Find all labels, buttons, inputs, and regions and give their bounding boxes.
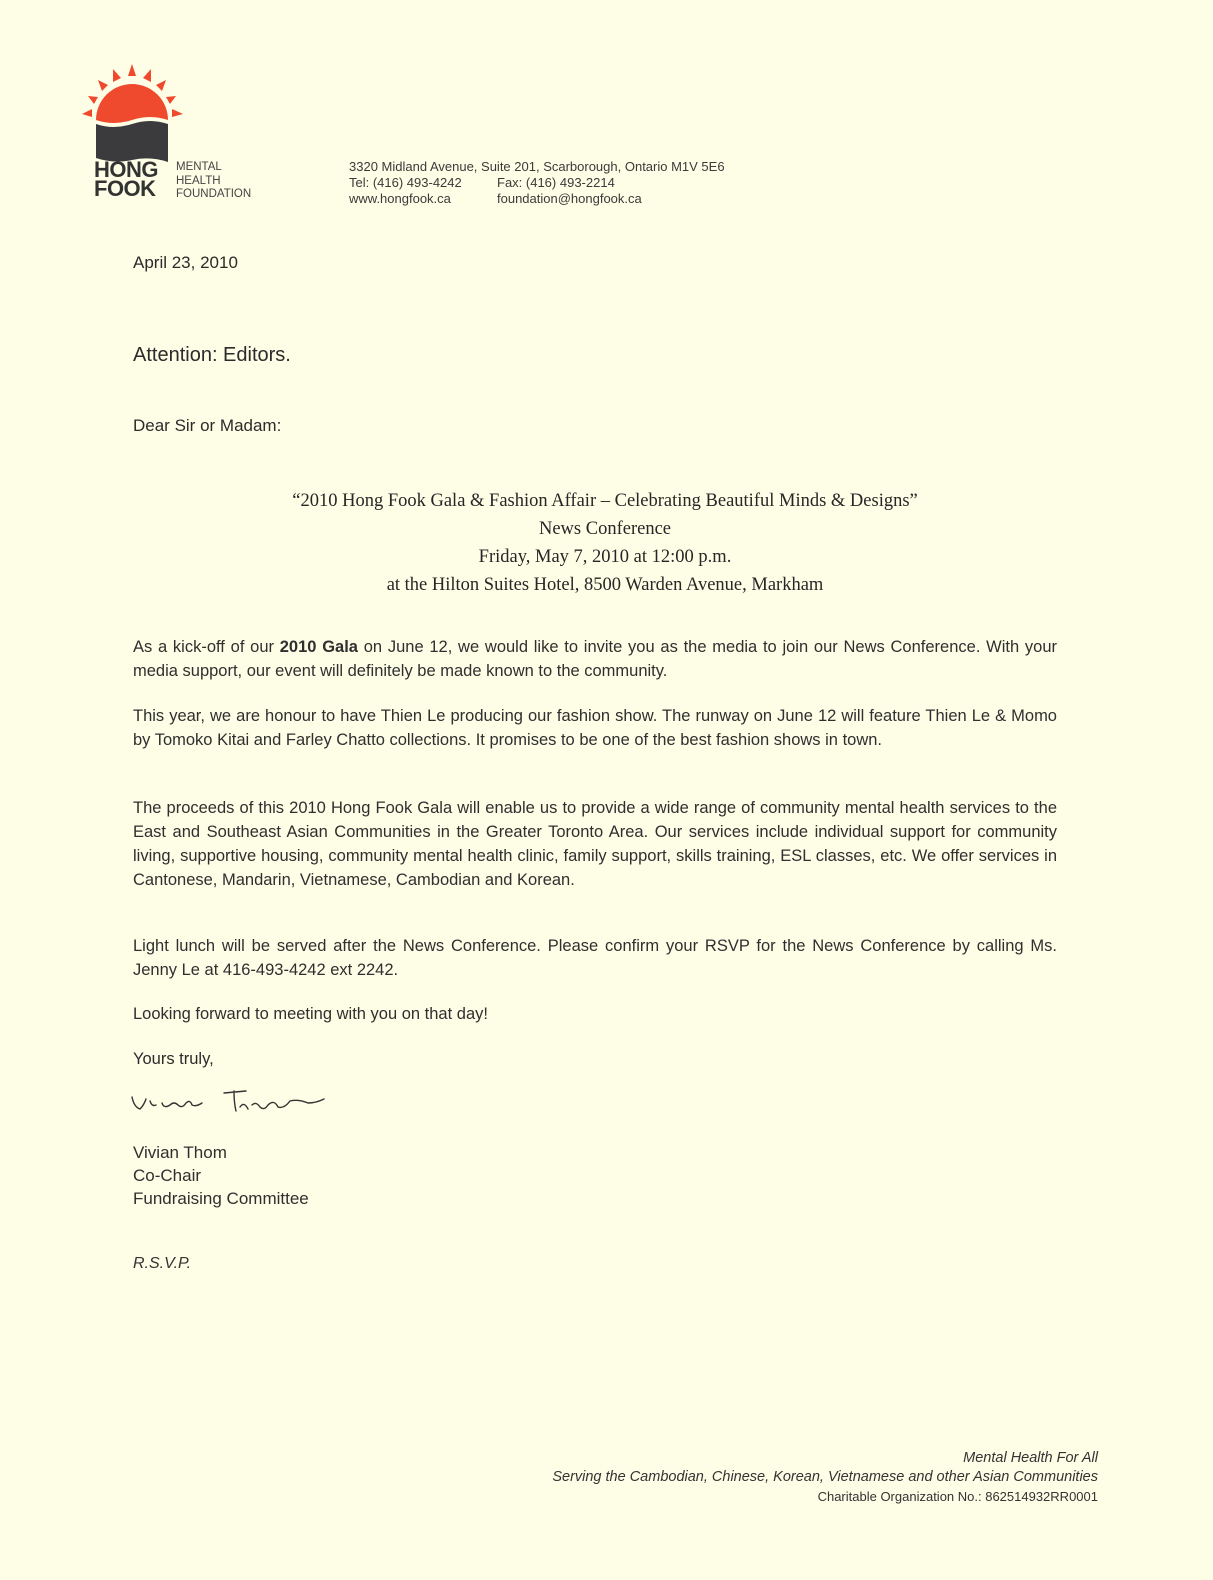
footer-serving: Serving the Cambodian, Chinese, Korean, … [552,1468,1098,1487]
event-venue: at the Hilton Suites Hotel, 8500 Warden … [130,571,1080,599]
event-datetime: Friday, May 7, 2010 at 12:00 p.m. [130,543,1080,571]
p1-text-bold: 2010 Gala [280,638,358,656]
paragraph-invitation: As a kick-off of our 2010 Gala on June 1… [133,635,1057,683]
salutation: Dear Sir or Madam: [133,416,281,436]
footer-charity-number: Charitable Organization No.: 862514932RR… [552,1487,1098,1506]
address: 3320 Midland Avenue, Suite 201, Scarboro… [349,159,725,175]
logo-sub-foundation: FOUNDATION [176,188,251,202]
event-headline: “2010 Hong Fook Gala & Fashion Affair – … [130,487,1080,599]
signer-block: Vivian Thom Co-Chair Fundraising Committ… [133,1141,309,1210]
p1-text-pre: As a kick-off of our [133,638,280,656]
letterhead-contact: 3320 Midland Avenue, Suite 201, Scarboro… [349,159,725,207]
paragraph-fashion-show: This year, we are honour to have Thien L… [133,704,1057,752]
logo-sub-mental: MENTAL [176,161,251,175]
attention-line: Attention: Editors. [133,344,291,367]
event-subtitle: News Conference [130,515,1080,543]
paragraph-closing: Looking forward to meeting with you on t… [133,1002,1057,1026]
complimentary-close: Yours truly, [133,1050,214,1069]
event-title: “2010 Hong Fook Gala & Fashion Affair – … [130,487,1080,515]
email-link[interactable]: foundation@hongfook.ca [497,191,642,206]
signer-name: Vivian Thom [133,1141,309,1164]
signer-committee: Fundraising Committee [133,1187,309,1210]
footer: Mental Health For All Serving the Cambod… [552,1449,1098,1506]
letter-date: April 23, 2010 [133,253,238,273]
rsvp-note: R.S.V.P. [133,1255,191,1273]
paragraph-proceeds: The proceeds of this 2010 Hong Fook Gala… [133,796,1057,892]
logo-fook-text: FOOK [94,179,158,198]
fax: Fax: (416) 493-2214 [497,175,615,190]
signature-icon [128,1085,328,1125]
hong-fook-logo-icon [80,62,185,162]
telephone: Tel: (416) 493-4242 [349,175,497,191]
logo-wordmark: HONG FOOK [94,160,158,198]
logo-sub-health: HEALTH [176,175,251,189]
paragraph-rsvp: Light lunch will be served after the New… [133,934,1057,982]
footer-tagline: Mental Health For All [552,1449,1098,1468]
website-link[interactable]: www.hongfook.ca [349,191,497,207]
logo-subtitle: MENTAL HEALTH FOUNDATION [176,161,251,202]
signer-title: Co-Chair [133,1164,309,1187]
